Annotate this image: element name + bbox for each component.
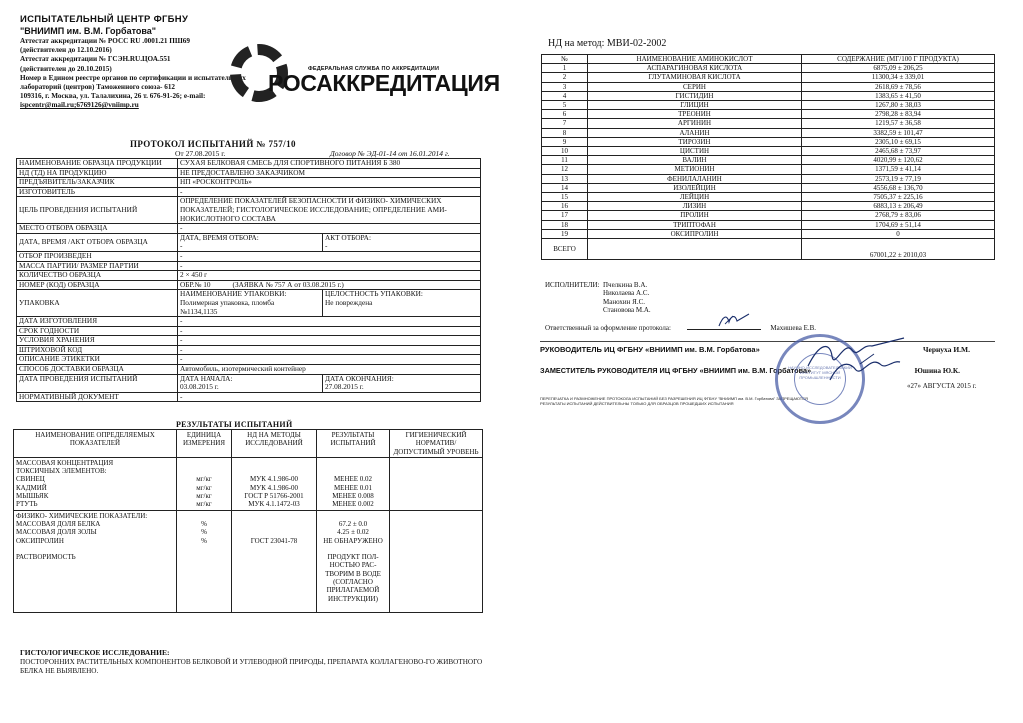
- info-key: КОЛИЧЕСТВО ОБРАЗЦА: [17, 271, 178, 281]
- amino-name: АЛАНИН: [588, 128, 802, 137]
- info-value: НП «РОСКОНТРОЛЬ»: [178, 178, 481, 188]
- amino-name: ЦИСТИН: [588, 147, 802, 156]
- amino-number: 3: [542, 82, 588, 91]
- amino-name: СЕРИН: [588, 82, 802, 91]
- fine-print-line: РЕЗУЛЬТАТЫ ИСПЫТАНИЙ ДЕЙСТВИТЕЛЬНЫ ТОЛЬК…: [540, 401, 960, 406]
- result: МЕНЕЕ 0.01: [319, 484, 387, 492]
- results-table: НАИМЕНОВАНИЕ ОПРЕДЕЛЯЕМЫХ ПОКАЗАТЕЛЕЙ ЕД…: [13, 429, 483, 613]
- amino-name: ОКСИПРОЛИН: [588, 229, 802, 238]
- responsible-label: Ответственный за оформление протокола:: [545, 324, 671, 332]
- table-row: КОЛИЧЕСТВО ОБРАЗЦА2 × 450 г: [17, 271, 481, 281]
- sub-value: -: [325, 242, 478, 251]
- info-key: ДАТА, ВРЕМЯ /АКТ ОТБОРА ОБРАЗЦА: [17, 233, 178, 251]
- signature-icon: [715, 312, 751, 328]
- info-value: НАИМЕНОВАНИЕ УПАКОВКИ:Полимерная упаковк…: [178, 290, 323, 317]
- table-row: 5ГЛИЦИН1267,80 ± 38,03: [542, 101, 995, 110]
- table-row: 15ЛЕЙЦИН7505,37 ± 225,16: [542, 193, 995, 202]
- amino-name: ТРЕОНИН: [588, 110, 802, 119]
- amino-number: 13: [542, 174, 588, 183]
- amino-number: 16: [542, 202, 588, 211]
- table-row: 9ТИРОЗИН2305,10 ± 69,15: [542, 137, 995, 146]
- table-row: 18ТРИПТОФАН1704,69 ± 51,14: [542, 220, 995, 229]
- responsible-signature: Ответственный за оформление протокола: М…: [545, 324, 816, 332]
- column-header: РЕЗУЛЬТАТЫ ИСПЫТАНИЙ: [317, 430, 390, 458]
- norm-cell: [390, 510, 483, 612]
- info-key: СПОСОБ ДОСТАВКИ ОБРАЗЦА: [17, 365, 178, 375]
- sub-value: -: [180, 242, 320, 251]
- amino-content: 2798,28 ± 83,94: [802, 110, 995, 119]
- info-value: -: [178, 224, 481, 234]
- method-cell: ГОСТ 23041-78: [232, 510, 317, 612]
- table-row: 16ЛИЗИН6883,13 ± 206,49: [542, 202, 995, 211]
- column-header: НАИМЕНОВАНИЕ АМИНОКИСЛОТ: [588, 55, 802, 64]
- result: НЕ ОБНАРУЖЕНО: [319, 537, 387, 545]
- histology-text: ПОСТОРОННИХ РАСТИТЕЛЬНЫХ КОМПОНЕНТОВ БЕЛ…: [20, 658, 490, 676]
- rosaccreditation-logo: ФЕДЕРАЛЬНАЯ СЛУЖБА ПО АККРЕДИТАЦИИ РОСАК…: [228, 42, 498, 112]
- result: ПРОДУКТ ПОЛ-НОСТЬЮ РАС-ТВОРИМ В ВОДЕ (СО…: [319, 553, 387, 611]
- info-value: -: [178, 392, 481, 402]
- table-row: ОТБОР ПРОИЗВЕДЕН-: [17, 251, 481, 261]
- contract-number: Договор № ЭД-01-14 от 16.01.2014 г.: [330, 149, 450, 158]
- indicator-name: МАССОВАЯ ДОЛЯ ЗОЛЫ: [16, 528, 174, 536]
- amino-number: 11: [542, 156, 588, 165]
- amino-content: 2573,19 ± 77,19: [802, 174, 995, 183]
- indicator-name: РАСТВОРИМОСТЬ: [16, 553, 174, 561]
- amino-number: 19: [542, 229, 588, 238]
- indicator-cell: ФИЗИКО- ХИМИЧЕСКИЕ ПОКАЗАТЕЛИ: МАССОВАЯ …: [14, 510, 177, 612]
- info-value: -: [178, 251, 481, 261]
- result: МЕНЕЕ 0.002: [319, 500, 387, 508]
- amino-name: ЛЕЙЦИН: [588, 193, 802, 202]
- amino-name: ГЛУТАМИНОВАЯ КИСЛОТА: [588, 73, 802, 82]
- results-title: РЕЗУЛЬТАТЫ ИСПЫТАНИЙ: [176, 420, 292, 429]
- amino-number: 15: [542, 193, 588, 202]
- unit-cell: % % %: [177, 510, 232, 612]
- amino-name: ФЕНИЛАЛАНИН: [588, 174, 802, 183]
- amino-name: ВАЛИН: [588, 156, 802, 165]
- amino-name: АРГИНИН: [588, 119, 802, 128]
- sub-value: 03.08.2015 г.: [180, 383, 320, 392]
- info-key: ЦЕЛЬ ПРОВЕДЕНИЯ ИСПЫТАНИЙ: [17, 197, 178, 224]
- table-row: 11ВАЛИН4020,99 ± 120,62: [542, 156, 995, 165]
- result: 67.2 ± 0.0: [319, 520, 387, 528]
- table-row: УПАКОВКА НАИМЕНОВАНИЕ УПАКОВКИ:Полимерна…: [17, 290, 481, 317]
- column-header: №: [542, 55, 588, 64]
- amino-content: 3382,59 ± 101,47: [802, 128, 995, 137]
- amino-content: 1704,69 ± 51,14: [802, 220, 995, 229]
- unit-cell: мг/кг мг/кг мг/кг мг/кг: [177, 457, 232, 510]
- info-key: НОМЕР (КОД) ОБРАЗЦА: [17, 280, 178, 290]
- amino-name: ПРОЛИН: [588, 211, 802, 220]
- indicator-name: МЫШЬЯК: [16, 492, 174, 500]
- info-value: ДАТА, ВРЕМЯ ОТБОРА:-: [178, 233, 323, 251]
- table-header-row: НАИМЕНОВАНИЕ ОПРЕДЕЛЯЕМЫХ ПОКАЗАТЕЛЕЙ ЕД…: [14, 430, 483, 458]
- org-name-line2: "ВНИИМП им. В.М. Горбатова": [20, 26, 320, 37]
- column-header: ГИГИЕНИЧЕСКИЙ НОРМАТИВ/ ДОПУСТИМЫЙ УРОВЕ…: [390, 430, 483, 458]
- table-row: ПРЕДЪЯВИТЕЛЬ/ЗАКАЗЧИКНП «РОСКОНТРОЛЬ»: [17, 178, 481, 188]
- amino-number: 10: [542, 147, 588, 156]
- executor-name: Николаева А.С.: [603, 289, 651, 297]
- indicator-name: ОКСИПРОЛИН: [16, 537, 174, 545]
- amino-number: 2: [542, 73, 588, 82]
- sample-number: ОБР.№ 10: [180, 280, 211, 289]
- info-key: ДАТА ПРОВЕДЕНИЯ ИСПЫТАНИЙ: [17, 374, 178, 392]
- unit: %: [179, 537, 229, 545]
- info-key: УПАКОВКА: [17, 290, 178, 317]
- amino-number: 14: [542, 183, 588, 192]
- table-row: УСЛОВИЯ ХРАНЕНИЯ-: [17, 336, 481, 346]
- amino-number: 9: [542, 137, 588, 146]
- amino-number: 1: [542, 64, 588, 73]
- indicator-cell: МАССОВАЯ КОНЦЕНТРАЦИЯ ТОКСИЧНЫХ ЭЛЕМЕНТО…: [14, 457, 177, 510]
- amino-content: 6883,13 ± 206,49: [802, 202, 995, 211]
- column-header: НД НА МЕТОДЫ ИССЛЕДОВАНИЙ: [232, 430, 317, 458]
- unit: мг/кг: [179, 492, 229, 500]
- nd-method: НД на метод: МВИ-02-2002: [548, 38, 666, 49]
- method: ГОСТ Р 51766-2001: [234, 492, 314, 500]
- group-title: МАССОВАЯ КОНЦЕНТРАЦИЯ ТОКСИЧНЫХ ЭЛЕМЕНТО…: [16, 459, 136, 476]
- amino-number: 18: [542, 220, 588, 229]
- method: МУК 4.1.1472-03: [234, 500, 314, 508]
- info-key: НАИМЕНОВАНИЕ ОБРАЗЦА ПРОДУКЦИИ: [17, 159, 178, 169]
- deputy-name: Юшина Ю.К.: [915, 366, 960, 375]
- executor-name: Становова М.А.: [603, 306, 651, 314]
- table-row: 13ФЕНИЛАЛАНИН2573,19 ± 77,19: [542, 174, 995, 183]
- divider: [540, 341, 995, 342]
- column-header: СОДЕРЖАНИЕ (МГ/100 Г ПРОДУКТА): [802, 55, 995, 64]
- table-header-row: № НАИМЕНОВАНИЕ АМИНОКИСЛОТ СОДЕРЖАНИЕ (М…: [542, 55, 995, 64]
- norm-cell: [390, 457, 483, 510]
- table-row: 10ЦИСТИН2465,68 ± 73,97: [542, 147, 995, 156]
- sub-value: 27.08.2015 г.: [325, 383, 478, 392]
- total-row: ВСЕГО 67001,22 ± 2010,03: [542, 239, 995, 260]
- amino-name: ГИСТИДИН: [588, 91, 802, 100]
- deputy-signature: ЗАМЕСТИТЕЛЬ РУКОВОДИТЕЛЯ ИЦ ФГБНУ «ВНИИМ…: [540, 366, 1000, 375]
- amino-acid-table: № НАИМЕНОВАНИЕ АМИНОКИСЛОТ СОДЕРЖАНИЕ (М…: [541, 54, 995, 260]
- info-value: ЦЕЛОСТНОСТЬ УПАКОВКИ:Не повреждена: [323, 290, 481, 317]
- table-row: МЕСТО ОТБОРА ОБРАЗЦА-: [17, 224, 481, 234]
- amino-number: 8: [542, 128, 588, 137]
- table-row: ДАТА ИЗГОТОВЛЕНИЯ-: [17, 317, 481, 327]
- total-value: 67001,22 ± 2010,03: [802, 239, 995, 260]
- amino-number: 5: [542, 101, 588, 110]
- table-row: 6ТРЕОНИН2798,28 ± 83,94: [542, 110, 995, 119]
- table-row: ФИЗИКО- ХИМИЧЕСКИЕ ПОКАЗАТЕЛИ: МАССОВАЯ …: [14, 510, 483, 612]
- amino-content: 7505,37 ± 225,16: [802, 193, 995, 202]
- info-value: 2 × 450 г: [178, 271, 481, 281]
- table-row: 1АСПАРАГИНОВАЯ КИСЛОТА6875,09 ± 206,25: [542, 64, 995, 73]
- result-cell: МЕНЕЕ 0.02 МЕНЕЕ 0.01 МЕНЕЕ 0.008 МЕНЕЕ …: [317, 457, 390, 510]
- info-key: УСЛОВИЯ ХРАНЕНИЯ: [17, 336, 178, 346]
- head-signature: РУКОВОДИТЕЛЬ ИЦ ФГБНУ «ВНИИМП им. В.М. Г…: [540, 345, 1000, 354]
- info-value: ДАТА НАЧАЛА:03.08.2015 г.: [178, 374, 323, 392]
- total-label: ВСЕГО: [542, 239, 588, 260]
- table-row: 3СЕРИН2618,69 ± 78,56: [542, 82, 995, 91]
- sub-value: Полимерная упаковка, пломба №1134,1135: [180, 299, 290, 316]
- amino-name: ТИРОЗИН: [588, 137, 802, 146]
- info-value: Автомобиль, изотермический контейнер: [178, 365, 481, 375]
- unit: мг/кг: [179, 475, 229, 483]
- info-key: ДАТА ИЗГОТОВЛЕНИЯ: [17, 317, 178, 327]
- executors-label: ИСПОЛНИТЕЛИ:: [545, 281, 600, 289]
- column-header: ЕДИНИЦА ИЗМЕРЕНИЯ: [177, 430, 232, 458]
- table-row: 4ГИСТИДИН1383,65 ± 41,50: [542, 91, 995, 100]
- table-row: ДАТА ПРОВЕДЕНИЯ ИСПЫТАНИЙ ДАТА НАЧАЛА:03…: [17, 374, 481, 392]
- fine-print: ПЕРЕПЕЧАТКА И РАЗМНОЖЕНИЕ ПРОТОКОЛА ИСПЫ…: [540, 396, 960, 406]
- info-key: ИЗГОТОВИТЕЛЬ: [17, 187, 178, 197]
- table-row: СПОСОБ ДОСТАВКИ ОБРАЗЦААвтомобиль, изоте…: [17, 365, 481, 375]
- amino-content: 4020,99 ± 120,62: [802, 156, 995, 165]
- info-value: -: [178, 317, 481, 327]
- indicator-name: КАДМИЙ: [16, 484, 174, 492]
- table-row: 7АРГИНИН1219,57 ± 36,58: [542, 119, 995, 128]
- result: 4.25 ± 0.02: [319, 528, 387, 536]
- signature-line: [687, 329, 761, 330]
- unit: %: [179, 528, 229, 536]
- amino-number: 12: [542, 165, 588, 174]
- amino-name: АСПАРАГИНОВАЯ КИСЛОТА: [588, 64, 802, 73]
- table-row: ЦЕЛЬ ПРОВЕДЕНИЯ ИСПЫТАНИЙОПРЕДЕЛЕНИЕ ПОК…: [17, 197, 481, 224]
- column-header: НАИМЕНОВАНИЕ ОПРЕДЕЛЯЕМЫХ ПОКАЗАТЕЛЕЙ: [14, 430, 177, 458]
- table-row: НОРМАТИВНЫЙ ДОКУМЕНТ-: [17, 392, 481, 402]
- director-signature-icon: [800, 336, 910, 384]
- result-cell: 67.2 ± 0.0 4.25 ± 0.02 НЕ ОБНАРУЖЕНО ПРО…: [317, 510, 390, 612]
- info-value: ДАТА ОКОНЧАНИЯ:27.08.2015 г.: [323, 374, 481, 392]
- method: ГОСТ 23041-78: [234, 537, 314, 545]
- head-name: Чернуха И.М.: [923, 345, 970, 354]
- unit: %: [179, 520, 229, 528]
- info-key: ПРЕДЪЯВИТЕЛЬ/ЗАКАЗЧИК: [17, 178, 178, 188]
- sub-label: ДАТА, ВРЕМЯ ОТБОРА:: [180, 234, 320, 243]
- amino-content: 1383,65 ± 41,50: [802, 91, 995, 100]
- indicator-name: МАССОВАЯ ДОЛЯ БЕЛКА: [16, 520, 174, 528]
- info-value: -: [178, 336, 481, 346]
- unit: мг/кг: [179, 484, 229, 492]
- info-value: -: [178, 326, 481, 336]
- amino-name: ИЗОЛЕЙЦИН: [588, 183, 802, 192]
- histology-section: ГИСТОЛОГИЧЕСКОЕ ИССЛЕДОВАНИЕ: ПОСТОРОННИ…: [20, 648, 490, 676]
- executors-list: Пчелкина В.А. Николаева А.С. Манохин Я.С…: [603, 281, 651, 315]
- amino-content: 1219,57 ± 36,58: [802, 119, 995, 128]
- sub-label: АКТ ОТБОРА:: [325, 234, 478, 243]
- info-key: МЕСТО ОТБОРА ОБРАЗЦА: [17, 224, 178, 234]
- amino-content: 0: [802, 229, 995, 238]
- method-cell: МУК 4.1.986-00 МУК 4.1.986-00 ГОСТ Р 517…: [232, 457, 317, 510]
- amino-content: 2768,79 ± 83,06: [802, 211, 995, 220]
- empty-cell: [588, 239, 802, 260]
- table-row: 14ИЗОЛЕЙЦИН4556,68 ± 136,70: [542, 183, 995, 192]
- unit: мг/кг: [179, 500, 229, 508]
- protocol-title: ПРОТОКОЛ ИСПЫТАНИЙ № 757/10: [130, 139, 296, 149]
- result: МЕНЕЕ 0.008: [319, 492, 387, 500]
- amino-content: 2465,68 ± 73,97: [802, 147, 995, 156]
- amino-content: 1267,80 ± 38,03: [802, 101, 995, 110]
- info-key: НОРМАТИВНЫЙ ДОКУМЕНТ: [17, 392, 178, 402]
- info-value: -: [178, 345, 481, 355]
- amino-number: 4: [542, 91, 588, 100]
- info-value: ОПРЕДЕЛЕНИЕ ПОКАЗАТЕЛЕЙ БЕЗОПАСНОСТИ И Ф…: [178, 197, 481, 224]
- amino-name: ЛИЗИН: [588, 202, 802, 211]
- table-row: 19ОКСИПРОЛИН0: [542, 229, 995, 238]
- table-row: ДАТА, ВРЕМЯ /АКТ ОТБОРА ОБРАЗЦА ДАТА, ВР…: [17, 233, 481, 251]
- table-row: МАССОВАЯ КОНЦЕНТРАЦИЯ ТОКСИЧНЫХ ЭЛЕМЕНТО…: [14, 457, 483, 510]
- result: МЕНЕЕ 0.02: [319, 475, 387, 483]
- table-row: НАИМЕНОВАНИЕ ОБРАЗЦА ПРОДУКЦИИСУХАЯ БЕЛК…: [17, 159, 481, 169]
- amino-number: 6: [542, 110, 588, 119]
- table-row: 8АЛАНИН3382,59 ± 101,47: [542, 128, 995, 137]
- protocol-page-1: ИСПЫТАТЕЛЬНЫЙ ЦЕНТР ФГБНУ "ВНИИМП им. В.…: [0, 0, 510, 723]
- info-value: -: [178, 261, 481, 271]
- amino-content: 2305,10 ± 69,15: [802, 137, 995, 146]
- amino-name: ТРИПТОФАН: [588, 220, 802, 229]
- indicator-name: РТУТЬ: [16, 500, 174, 508]
- sub-value: Не повреждена: [325, 299, 478, 308]
- amino-content: 1371,59 ± 41,14: [802, 165, 995, 174]
- executor-name: Пчелкина В.А.: [603, 281, 651, 289]
- amino-content: 6875,09 ± 206,25: [802, 64, 995, 73]
- head-title: РУКОВОДИТЕЛЬ ИЦ ФГБНУ «ВНИИМП им. В.М. Г…: [540, 345, 760, 354]
- org-name-line1: ИСПЫТАТЕЛЬНЫЙ ЦЕНТР ФГБНУ: [20, 14, 320, 26]
- amino-name: МЕТИОНИН: [588, 165, 802, 174]
- group-title: ФИЗИКО- ХИМИЧЕСКИЕ ПОКАЗАТЕЛИ:: [16, 512, 174, 520]
- executor-name: Манохин Я.С.: [603, 298, 651, 306]
- amino-number: 7: [542, 119, 588, 128]
- table-row: 17ПРОЛИН2768,79 ± 83,06: [542, 211, 995, 220]
- indicator-name: СВИНЕЦ: [16, 475, 174, 483]
- table-row: 12МЕТИОНИН1371,59 ± 41,14: [542, 165, 995, 174]
- info-value: АКТ ОТБОРА:-: [323, 233, 481, 251]
- sample-info-table: НАИМЕНОВАНИЕ ОБРАЗЦА ПРОДУКЦИИСУХАЯ БЕЛК…: [16, 158, 481, 402]
- deputy-title: ЗАМЕСТИТЕЛЬ РУКОВОДИТЕЛЯ ИЦ ФГБНУ «ВНИИМ…: [540, 366, 811, 375]
- info-value: СУХАЯ БЕЛКОВАЯ СМЕСЬ ДЛЯ СПОРТИВНОГО ПИТ…: [178, 159, 481, 169]
- histology-title: ГИСТОЛОГИЧЕСКОЕ ИССЛЕДОВАНИЕ:: [20, 648, 169, 657]
- info-key: ОТБОР ПРОИЗВЕДЕН: [17, 251, 178, 261]
- amino-number: 17: [542, 211, 588, 220]
- method: МУК 4.1.986-00: [234, 484, 314, 492]
- amino-content: 4556,68 ± 136,70: [802, 183, 995, 192]
- protocol-date: От 27.08.2015 г.: [175, 149, 225, 158]
- signature-date: «27» АВГУСТА 2015 г.: [907, 382, 976, 390]
- table-row: 2ГЛУТАМИНОВАЯ КИСЛОТА11300,34 ± 339,01: [542, 73, 995, 82]
- method: МУК 4.1.986-00: [234, 475, 314, 483]
- responsible-name: Махишева Е.В.: [770, 324, 816, 332]
- application-number: (ЗАЯВКА № 757 А от 03.08.2015 г.): [233, 280, 344, 289]
- logo-title: РОСАККРЕДИТАЦИЯ: [268, 70, 500, 97]
- amino-name: ГЛИЦИН: [588, 101, 802, 110]
- registry-number: Номер в Едином реестре органов по сертиф…: [20, 74, 250, 92]
- amino-content: 2618,69 ± 78,56: [802, 82, 995, 91]
- amino-content: 11300,34 ± 339,01: [802, 73, 995, 82]
